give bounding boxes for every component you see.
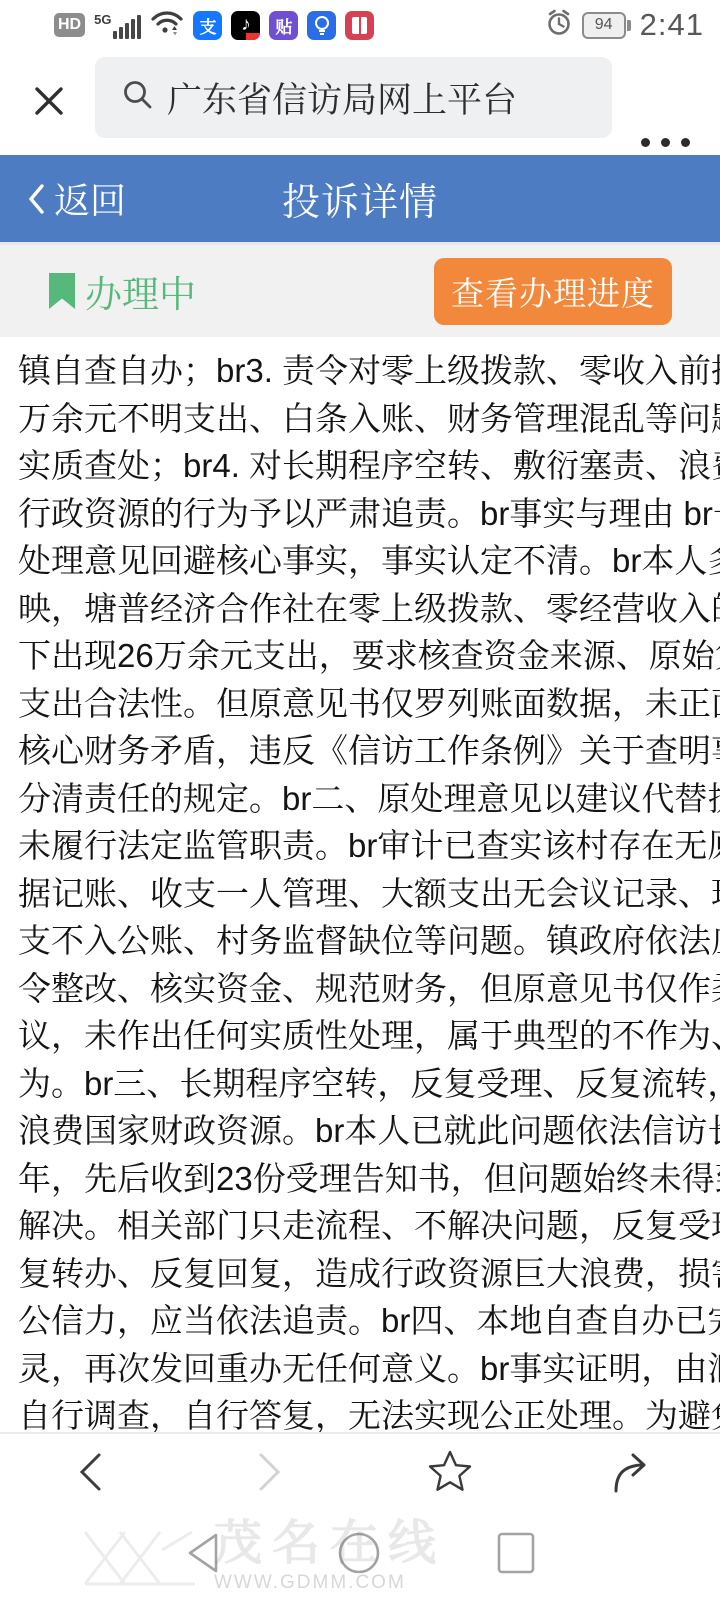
bookmark-icon [48,272,76,310]
android-back-button[interactable] [183,1530,223,1581]
page-title: 投诉详情 [0,155,720,242]
view-progress-button[interactable]: 查看办理进度 [434,258,672,325]
status-bar-right: 94 2:41 [545,7,704,43]
body-line: 据记账、收支一人管理、大额支出无会议记录、现金收 [18,870,700,918]
nav-back-button[interactable] [0,1450,180,1494]
body-line: 灵，再次发回重办无任何意义。br事实证明，由泗水镇 [18,1345,700,1393]
share-button[interactable] [540,1449,720,1495]
body-line: 分清责任的规定。br二、原处理意见以建议代替执法， [18,775,700,823]
back-icon [75,1450,105,1494]
body-line: 实质查处；br4. 对长期程序空转、敷衍塞责、浪费国家 [18,442,700,490]
search-query: 广东省信访局网上平台 [167,73,517,123]
signal-bars-icon [113,15,141,39]
battery-indicator: 94 [582,12,631,39]
body-line: 公信力，应当依法追责。br四、本地自查自办已完全失 [18,1297,700,1345]
complaint-body: 镇自查自办；br3. 责令对零上级拨款、零收入前提下26 万余元不明支出、白条入… [0,337,720,1432]
body-line: 未履行法定监管职责。br审计已查实该村存在无原始单 [18,822,700,870]
body-line: 议，未作出任何实质性处理，属于典型的不作为、慢作 [18,1012,700,1060]
forward-icon [255,1450,285,1494]
star-icon [425,1448,475,1496]
wifi-icon [150,8,184,43]
body-line: 万余元不明支出、白条入账、财务管理混乱等问题依法 [18,395,700,443]
system-nav-bar [0,1510,720,1600]
body-line: 映，塘普经济合作社在零上级拨款、零经营收入的情况 [18,585,700,633]
search-box[interactable]: 广东省信访局网上平台 [95,57,612,138]
clock-time: 2:41 [640,7,704,43]
status-row: 办理中 查看办理进度 [0,242,720,337]
network-type-label: 5G [94,12,111,27]
close-button[interactable] [30,82,68,120]
status-bar: HD 5G 支 ♪ 贴 [0,0,720,46]
alipay-icon: 支 [193,11,222,40]
body-line: 行政资源的行为予以严肃追责。br事实与理由 br一、原 [18,490,700,538]
body-line: 核心财务矛盾，违反《信访工作条例》关于查明事实、 [18,727,700,775]
hd-badge: HD [54,13,85,37]
android-recents-button[interactable] [495,1530,537,1581]
share-icon [607,1449,653,1495]
lightbulb-icon [307,11,336,40]
body-line: 解决。相关部门只走流程、不解决问题，反复受理、反 [18,1202,700,1250]
body-line: 复转办、反复回复，造成行政资源巨大浪费，损害政府 [18,1250,700,1298]
favorite-button[interactable] [360,1448,540,1496]
browser-header: 广东省信访局网上平台 [0,46,720,155]
body-line: 年，先后收到23份受理告知书，但问题始终未得到实质 [18,1155,700,1203]
search-icon [121,78,155,117]
app-nav-bar: 返回 投诉详情 [0,155,720,242]
tieba-icon: 贴 [269,11,298,40]
nav-forward-button[interactable] [180,1450,360,1494]
body-line: 下出现26万余元支出，要求核查资金来源、原始凭证及 [18,632,700,680]
body-line: 为。br三、长期程序空转，反复受理、反复流转，严重 [18,1060,700,1108]
body-line: 浪费国家财政资源。br本人已就此问题依法信访长达两 [18,1107,700,1155]
browser-toolbar [0,1432,720,1510]
body-line: 令整改、核实资金、规范财务，但原意见书仅作柔性建 [18,965,700,1013]
body-line: 镇自查自办；br3. 责令对零上级拨款、零收入前提下26 [18,347,700,395]
body-line: 自行调查，自行答复，无法实现公正处理。为避免继续 [18,1392,700,1432]
status-bar-left: HD 5G 支 ♪ 贴 [54,8,374,43]
book-icon [345,11,374,40]
alarm-icon [545,9,573,42]
more-menu-button[interactable] [641,138,690,147]
douyin-icon: ♪ [231,11,260,40]
battery-level: 94 [582,12,626,39]
cellular-signal: 5G [94,12,141,39]
body-line: 支出合法性。但原意见书仅罗列账面数据，未正面回应 [18,680,700,728]
phone-screen: HD 5G 支 ♪ 贴 [0,0,720,1600]
android-home-button[interactable] [336,1530,382,1581]
status-label: 办理中 [85,264,196,318]
body-line: 处理意见回避核心事实，事实认定不清。br本人多次反 [18,537,700,585]
body-line: 支不入公账、村务监督缺位等问题。镇政府依法应当责 [18,917,700,965]
status-badge: 办理中 [48,264,196,318]
